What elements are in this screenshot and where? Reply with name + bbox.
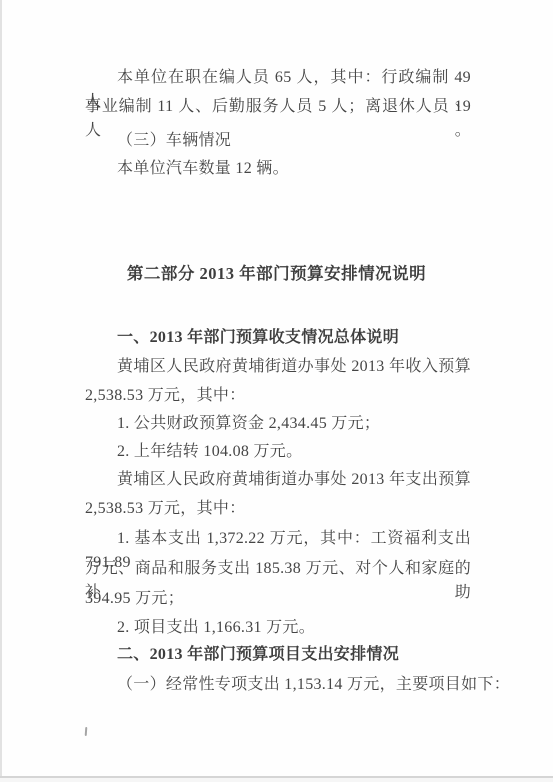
vehicles-subsection-heading: （三）车辆情况 — [85, 129, 471, 153]
income-item-2: 2. 上年结转 104.08 万元。 — [85, 440, 471, 464]
expense-intro-line-1: 黄埔区人民政府黄埔街道办事处 2013 年支出预算 — [85, 468, 471, 492]
staffing-line-2: 事业编制 11 人、后勤服务人员 5 人；离退休人员 19 人。 — [85, 95, 471, 119]
page-left-edge — [0, 0, 2, 782]
section1-title: 一、2013 年部门预算收支情况总体说明 — [85, 326, 471, 350]
expense-item-2: 2. 项目支出 1,166.31 万元。 — [85, 616, 471, 640]
income-intro-line-1: 黄埔区人民政府黄埔街道办事处 2013 年收入预算 — [85, 355, 471, 379]
page-bottom-fill — [0, 778, 553, 782]
expense-item-1-line-2: 万元、商品和服务支出 185.38 万元、对个人和家庭的补助 — [85, 557, 471, 581]
expense-item-1-line-1: 1. 基本支出 1,372.22 万元，其中：工资福利支出 791.89 — [85, 527, 471, 551]
scanned-budget-document-page: 本单位在职在编人员 65 人，其中：行政编制 49 人、 事业编制 11 人、后… — [0, 0, 553, 782]
income-intro-line-2: 2,538.53 万元，其中： — [85, 384, 471, 408]
income-item-1: 1. 公共财政预算资金 2,434.45 万元； — [85, 412, 471, 436]
section2-title: 二、2013 年部门预算项目支出安排情况 — [85, 643, 471, 667]
scan-artifact-mark — [85, 727, 88, 736]
vehicles-count-line: 本单位汽车数量 12 辆。 — [85, 157, 471, 181]
expense-intro-line-2: 2,538.53 万元，其中： — [85, 497, 471, 521]
part2-title: 第二部分 2013 年部门预算安排情况说明 — [60, 262, 493, 286]
section2-item-1: （一）经常性专项支出 1,153.14 万元，主要项目如下： — [85, 673, 471, 697]
expense-item-1-line-3: 394.95 万元； — [85, 587, 471, 611]
staffing-line-1: 本单位在职在编人员 65 人，其中：行政编制 49 人、 — [85, 66, 471, 90]
